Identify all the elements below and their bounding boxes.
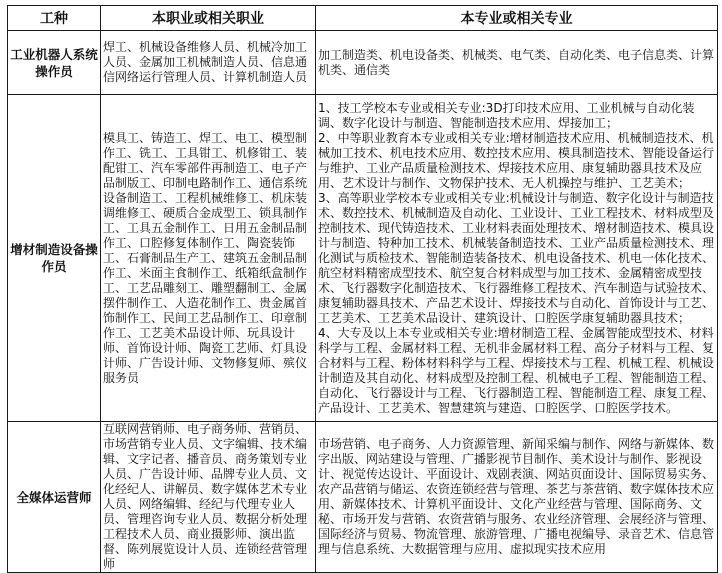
header-occupations: 本职业或相关职业: [101, 6, 316, 31]
header-trade: 工种: [8, 6, 101, 31]
occupation-major-table: 工种 本职业或相关职业 本专业或相关专业 工业机器人系统操作员 焊工、机械设备维…: [7, 5, 718, 566]
table-row: 增材制造设备操作员 模具工、铸造工、焊工、电工、模型制作工、铣工、工具钳工、机修…: [8, 95, 718, 422]
related-majors: 加工制造类、机电设备类、机械类、电气类、自动化类、电子信息类、计算机类、通信类: [316, 31, 718, 95]
related-occupations: 焊工、机械设备维修人员、机械冷加工人员、金属加工机械制造人员、信息通信网络运行管…: [101, 31, 316, 95]
trade-name: 工业机器人系统操作员: [8, 31, 101, 95]
trade-name: 增材制造设备操作员: [8, 95, 101, 422]
major-line-college-and-above: 4、大专及以上本专业或相关专业:增材制造工程、金属智能成型技术、材料科学与工程、…: [318, 326, 715, 416]
related-occupations: 互联网营销师、电子商务师、营销员、市场营销专业人员、文字编辑、技术编辑、文字记者…: [101, 422, 316, 567]
table-row: 全媒体运营师 互联网营销师、电子商务师、营销员、市场营销专业人员、文字编辑、技术…: [8, 422, 718, 567]
header-row: 工种 本职业或相关职业 本专业或相关专业: [8, 6, 718, 31]
major-line: 加工制造类、机电设备类、机械类、电气类、自动化类、电子信息类、计算机类、通信类: [318, 48, 715, 78]
related-majors: 1、技工学校本专业或相关专业:3D打印技术应用、工业机械与自动化装调、数字化设计…: [316, 95, 718, 422]
table-row: 工业机器人系统操作员 焊工、机械设备维修人员、机械冷加工人员、金属加工机械制造人…: [8, 31, 718, 95]
trade-name: 全媒体运营师: [8, 422, 101, 567]
major-line-technical-school: 1、技工学校本专业或相关专业:3D打印技术应用、工业机械与自动化装调、数字化设计…: [318, 101, 715, 131]
header-majors: 本专业或相关专业: [316, 6, 718, 31]
major-line-higher-vocational: 3、高等职业学校本专业或相关专业:机械设计与制造、数字化设计与制造技术、数控技术…: [318, 191, 715, 326]
major-line: 市场营销、电子商务、人力资源管理、新闻采编与制作、网络与新媒体、数字出版、网站建…: [318, 437, 715, 557]
related-occupations: 模具工、铸造工、焊工、电工、模型制作工、铣工、工具钳工、机修钳工、装配钳工、汽车…: [101, 95, 316, 422]
major-line-secondary-vocational: 2、中等职业教育本专业或相关专业:增材制造技术应用、机械制造技术、机械加工技术、…: [318, 131, 715, 191]
related-majors: 市场营销、电子商务、人力资源管理、新闻采编与制作、网络与新媒体、数字出版、网站建…: [316, 422, 718, 567]
